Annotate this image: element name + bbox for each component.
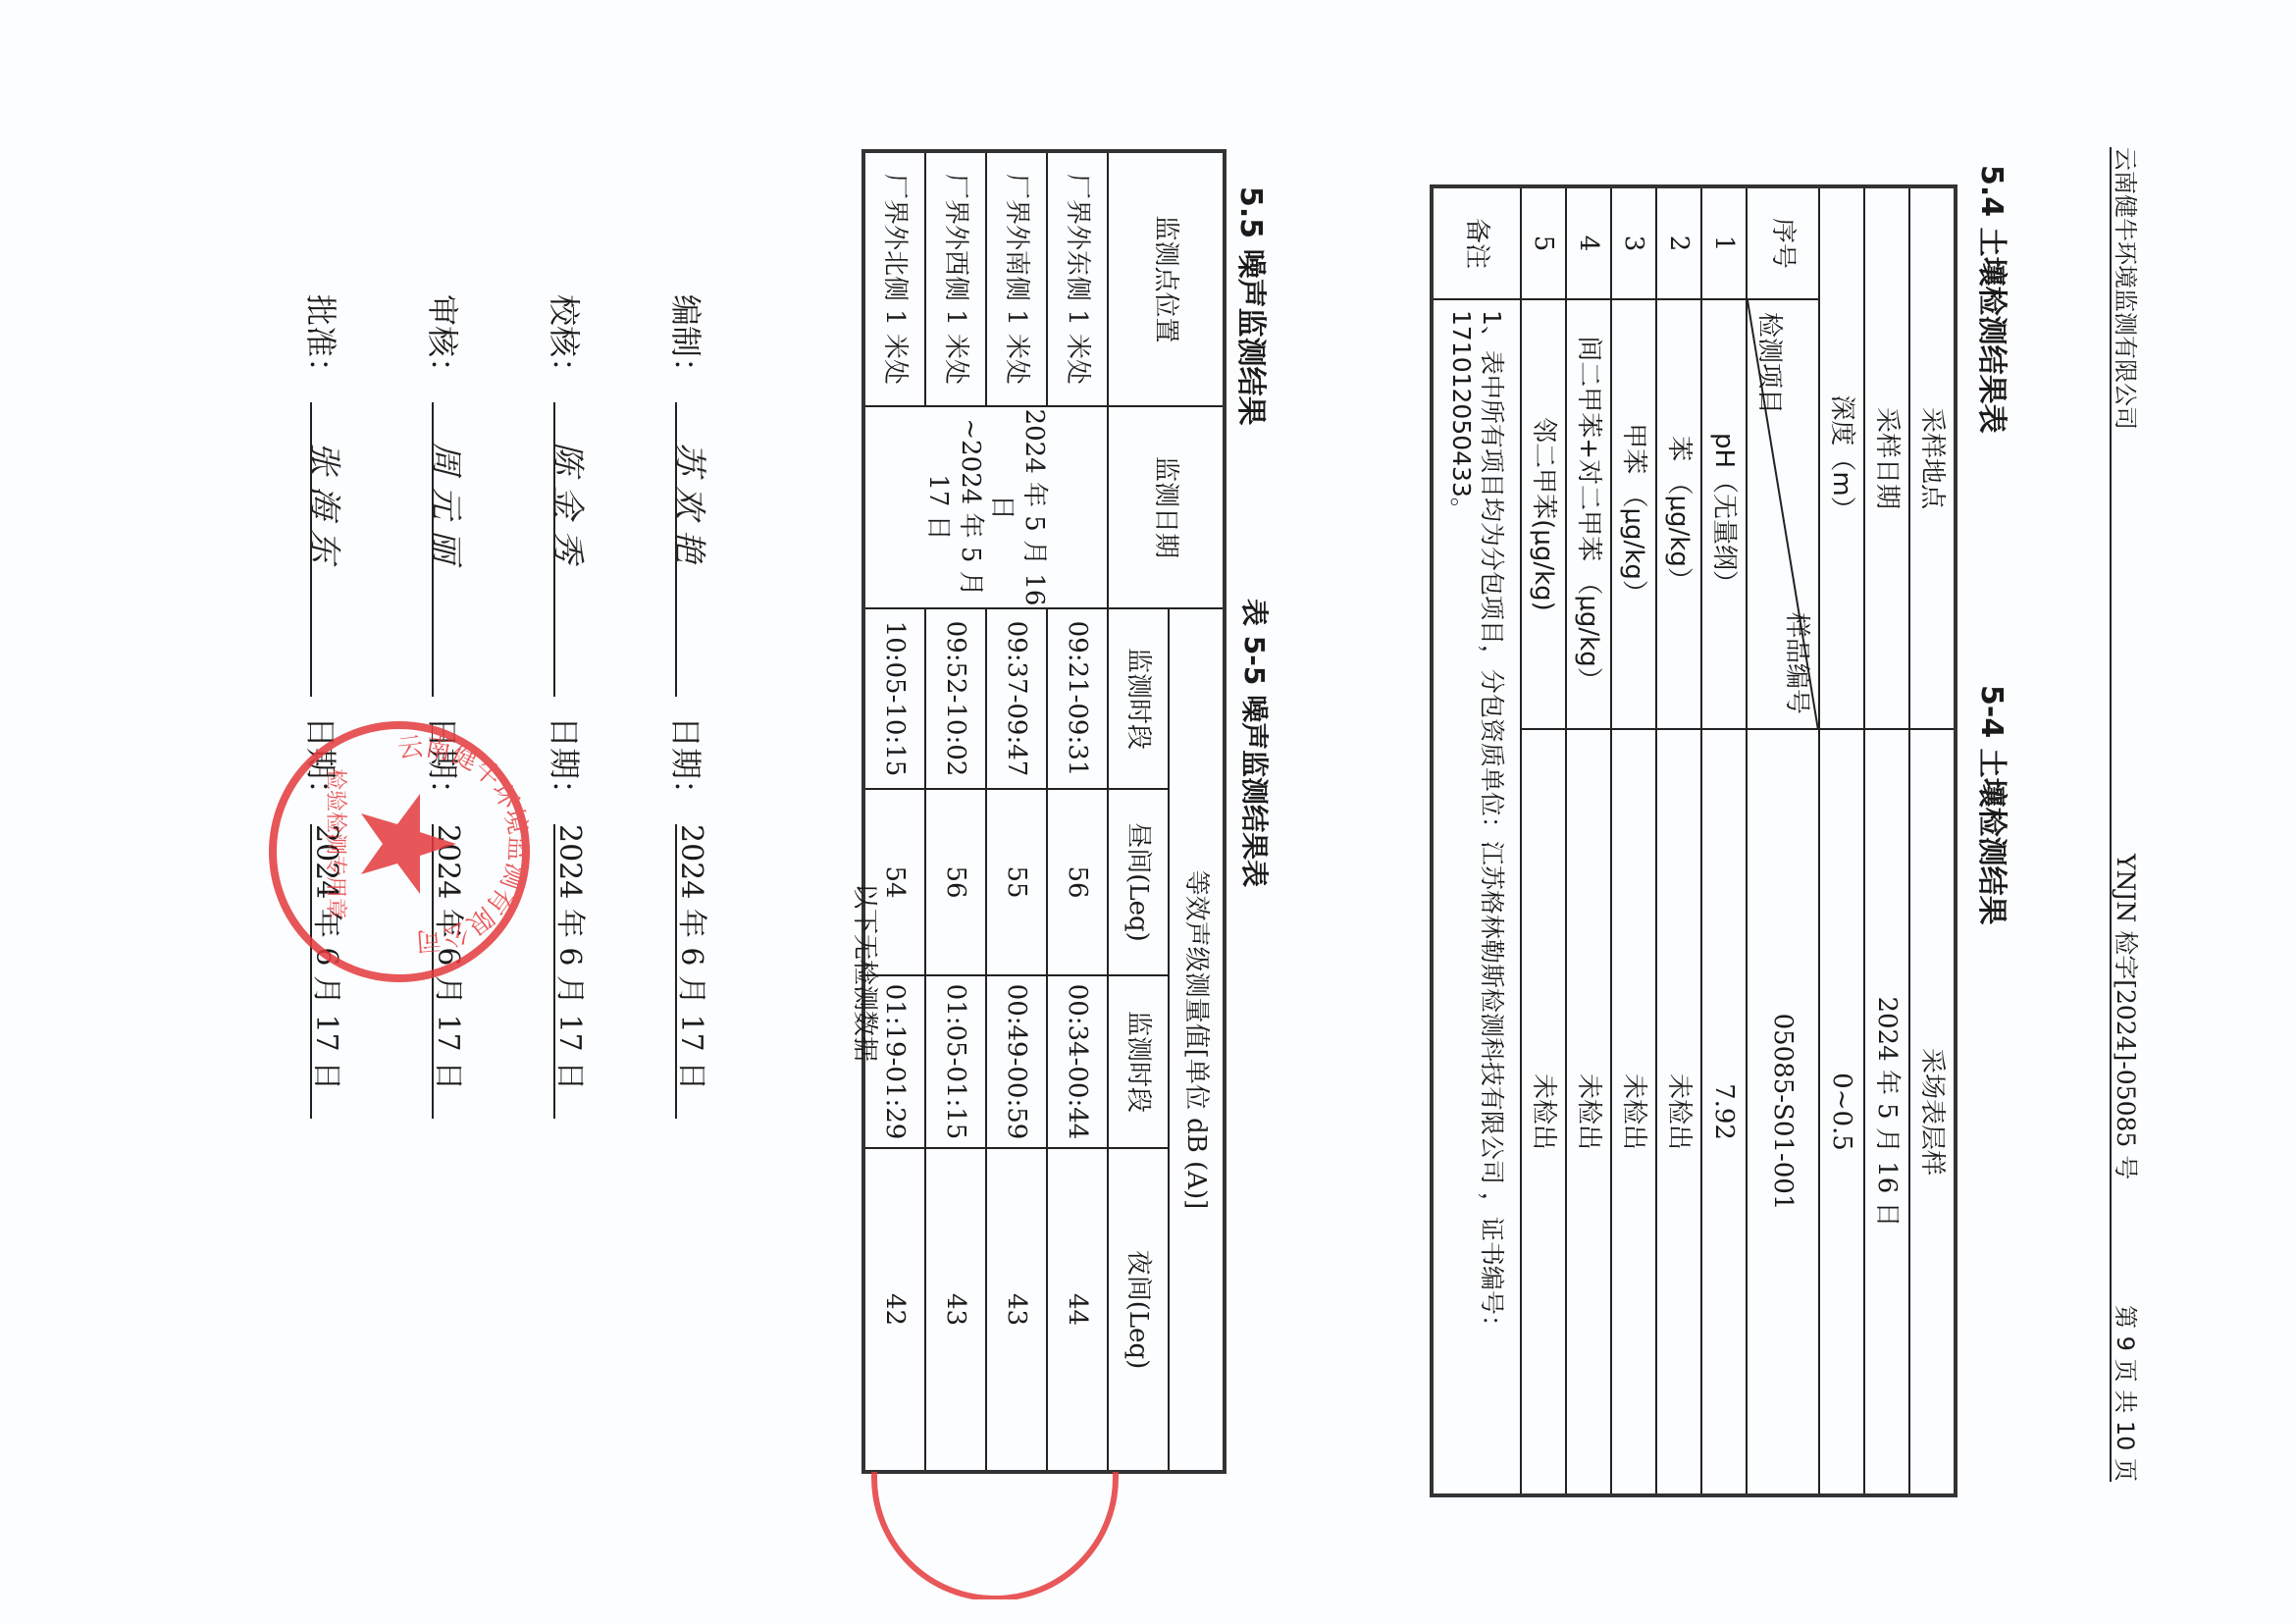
- header-value: 0~0.5: [1819, 729, 1864, 1495]
- day-leq-header: 昼间(Leq): [1108, 789, 1169, 975]
- remark-label: 备注: [1432, 186, 1521, 299]
- location-cell: 厂界外西侧 1 米处: [925, 151, 986, 406]
- day-leq-cell: 56: [925, 789, 986, 975]
- item-cell: 邻二甲苯(μg/kg): [1521, 299, 1566, 729]
- day-period-cell: 09:37-09:47: [986, 608, 1047, 789]
- signature-label: 编制：: [665, 294, 710, 389]
- signature: 陈 金 秀: [548, 402, 587, 563]
- day-leq-cell: 55: [986, 789, 1047, 975]
- signature-line: 苏 欢 艳: [675, 402, 716, 697]
- table-row: 序号 检测项目 样品编号 05085-S01-001: [1747, 186, 1819, 1495]
- date-label: 日期：: [665, 716, 710, 811]
- day-period-cell: 10:05-10:15: [863, 608, 925, 789]
- signature-row: 编制： 苏 欢 艳 日期： 2024 年 6 月 17 日: [657, 294, 716, 1354]
- date-range-end: ~2024 年 5 月 17 日: [922, 407, 986, 607]
- noise-results-table: 监测点位置 监测日期 等效声级测量值[单位 dB (A)] 监测时段 昼间(Le…: [861, 149, 1226, 1474]
- signature-line: 张 海 东: [310, 402, 351, 697]
- day-period-header: 监测时段: [1108, 608, 1169, 789]
- date-header: 监测日期: [1108, 406, 1225, 608]
- night-leq-header: 夜间(Leq): [1108, 1148, 1169, 1472]
- night-period-cell: 00:34-00:44: [1047, 975, 1108, 1148]
- day-leq-cell: 56: [1047, 789, 1108, 975]
- header-label: 深度（m）: [1819, 186, 1864, 729]
- leq-group-header: 等效声级测量值[单位 dB (A)]: [1169, 608, 1225, 1472]
- table-row: 2 苯 （μg/kg） 未检出: [1656, 186, 1701, 1495]
- noise-section-title: 5.5 噪声监测结果: [1232, 186, 1276, 426]
- seq-cell: 4: [1566, 186, 1611, 299]
- header-label: 采样地点: [1909, 186, 1956, 729]
- signature-label: 校核：: [544, 294, 589, 389]
- location-cell: 厂界外东侧 1 米处: [1047, 151, 1108, 406]
- table-row: 厂界外西侧 1 米处 09:52-10:02 56 01:05-01:15 43: [925, 151, 986, 1472]
- partial-stamp: [863, 1472, 1119, 1599]
- signature-date: 2024 年 6 月 17 日: [675, 824, 716, 1119]
- noise-table-title: 表 5-5 噪声监测结果表: [1236, 599, 1276, 887]
- date-range-cell: 2024 年 5 月 16 日 ~2024 年 5 月 17 日: [863, 406, 1108, 608]
- seq-cell: 3: [1611, 186, 1656, 299]
- soil-table-title: 5-4 土壤检测结果: [1973, 685, 2016, 925]
- item-header: 检测项目: [1753, 312, 1786, 414]
- remark-text: 1、表中所有项目均为分包项目，分包资质单位：江苏格林勒斯检测科技有限公司 ，证书…: [1432, 299, 1521, 1495]
- remark-row: 备注 1、表中所有项目均为分包项目，分包资质单位：江苏格林勒斯检测科技有限公司 …: [1432, 186, 1521, 1495]
- header-value: 2024 年 5 月 16 日: [1864, 729, 1909, 1495]
- signature-line: 陈 金 秀: [553, 402, 595, 697]
- night-period-header: 监测时段: [1108, 975, 1169, 1148]
- seq-cell: 5: [1521, 186, 1566, 299]
- day-period-cell: 09:52-10:02: [925, 608, 986, 789]
- sample-no-header: 样品编号: [1781, 612, 1813, 714]
- date-label: 日期：: [544, 716, 589, 811]
- signature-line: 周 元 丽: [432, 402, 473, 697]
- table-row: 采样地点 采场表层样: [1909, 186, 1956, 1495]
- official-stamp: 云南健牛环境监测有限公司 检验检测专用章: [269, 721, 530, 982]
- location-header: 监测点位置: [1108, 151, 1225, 406]
- page-header: 云南健牛环境监测有限公司 YNJN 检字[2024]-05085 号 第 9 页…: [2110, 147, 2147, 1482]
- night-period-cell: 00:49-00:59: [986, 975, 1047, 1148]
- soil-results-table: 采样地点 采场表层样 采样日期 2024 年 5 月 16 日 深度（m） 0~…: [1430, 184, 1957, 1497]
- table-row: 厂界外北侧 1 米处 10:05-10:15 54 01:19-01:29 42: [863, 151, 925, 1472]
- seq-header: 序号: [1747, 186, 1819, 299]
- document-page: 云南健牛环境监测有限公司 YNJN 检字[2024]-05085 号 第 9 页…: [0, 0, 2296, 1623]
- table-row: 3 甲苯 （μg/kg） 未检出: [1611, 186, 1656, 1495]
- document-number: YNJN 检字[2024]-05085 号: [2110, 854, 2145, 1179]
- table-row: 4 间二甲苯+对二甲苯 （μg/kg） 未检出: [1566, 186, 1611, 1495]
- soil-section-title: 5.4 土壤检测结果表: [1973, 165, 2016, 434]
- page-info: 第 9 页 共 10 页: [2111, 1305, 2145, 1482]
- signature-label: 批准：: [300, 294, 345, 389]
- night-period-cell: 01:05-01:15: [925, 975, 986, 1148]
- item-cell: 甲苯 （μg/kg）: [1611, 299, 1656, 729]
- signature: 苏 欢 艳: [669, 402, 708, 563]
- end-note: 以下无检测数据: [849, 883, 885, 1062]
- night-leq-cell: 42: [863, 1148, 925, 1472]
- stamp-bottom-text: 检验检测专用章: [323, 768, 347, 919]
- stamp-graphic: 云南健牛环境监测有限公司 检验检测专用章: [285, 721, 530, 967]
- location-cell: 厂界外北侧 1 米处: [863, 151, 925, 406]
- signature-date: 2024 年 6 月 17 日: [553, 824, 595, 1119]
- night-leq-cell: 43: [925, 1148, 986, 1472]
- table-row: 采样日期 2024 年 5 月 16 日: [1864, 186, 1909, 1495]
- night-leq-cell: 44: [1047, 1148, 1108, 1472]
- table-row: 深度（m） 0~0.5: [1819, 186, 1864, 1495]
- header-value: 采场表层样: [1909, 729, 1956, 1495]
- item-cell: pH（无量纲）: [1701, 299, 1747, 729]
- signature: 张 海 东: [304, 402, 343, 563]
- table-row: 1 pH（无量纲） 7.92: [1701, 186, 1747, 1495]
- signature: 周 元 丽: [426, 402, 465, 563]
- seq-cell: 1: [1701, 186, 1747, 299]
- table-header-row: 监测点位置 监测日期 等效声级测量值[单位 dB (A)]: [1169, 151, 1225, 1472]
- seq-cell: 2: [1656, 186, 1701, 299]
- signature-row: 校核： 陈 金 秀 日期： 2024 年 6 月 17 日: [536, 294, 595, 1354]
- value-cell: 未检出: [1656, 729, 1701, 1495]
- company-name: 云南健牛环境监测有限公司: [2111, 147, 2145, 430]
- night-leq-cell: 43: [986, 1148, 1047, 1472]
- value-cell: 未检出: [1611, 729, 1656, 1495]
- item-cell: 间二甲苯+对二甲苯 （μg/kg）: [1566, 299, 1611, 729]
- sample-number: 05085-S01-001: [1747, 729, 1819, 1495]
- location-cell: 厂界外南侧 1 米处: [986, 151, 1047, 406]
- value-cell: 7.92: [1701, 729, 1747, 1495]
- value-cell: 未检出: [1566, 729, 1611, 1495]
- header-label: 采样日期: [1864, 186, 1909, 729]
- value-cell: 未检出: [1521, 729, 1566, 1495]
- diagonal-header-cell: 检测项目 样品编号: [1747, 299, 1819, 729]
- star-icon: [361, 794, 456, 894]
- table-row: 厂界外南侧 1 米处 09:37-09:47 55 00:49-00:59 43: [986, 151, 1047, 1472]
- signature-label: 审核：: [422, 294, 467, 389]
- table-row: 厂界外东侧 1 米处 2024 年 5 月 16 日 ~2024 年 5 月 1…: [1047, 151, 1108, 1472]
- day-period-cell: 09:21-09:31: [1047, 608, 1108, 789]
- table-row: 5 邻二甲苯(μg/kg) 未检出: [1521, 186, 1566, 1495]
- item-cell: 苯 （μg/kg）: [1656, 299, 1701, 729]
- date-range-start: 2024 年 5 月 16 日: [986, 407, 1050, 607]
